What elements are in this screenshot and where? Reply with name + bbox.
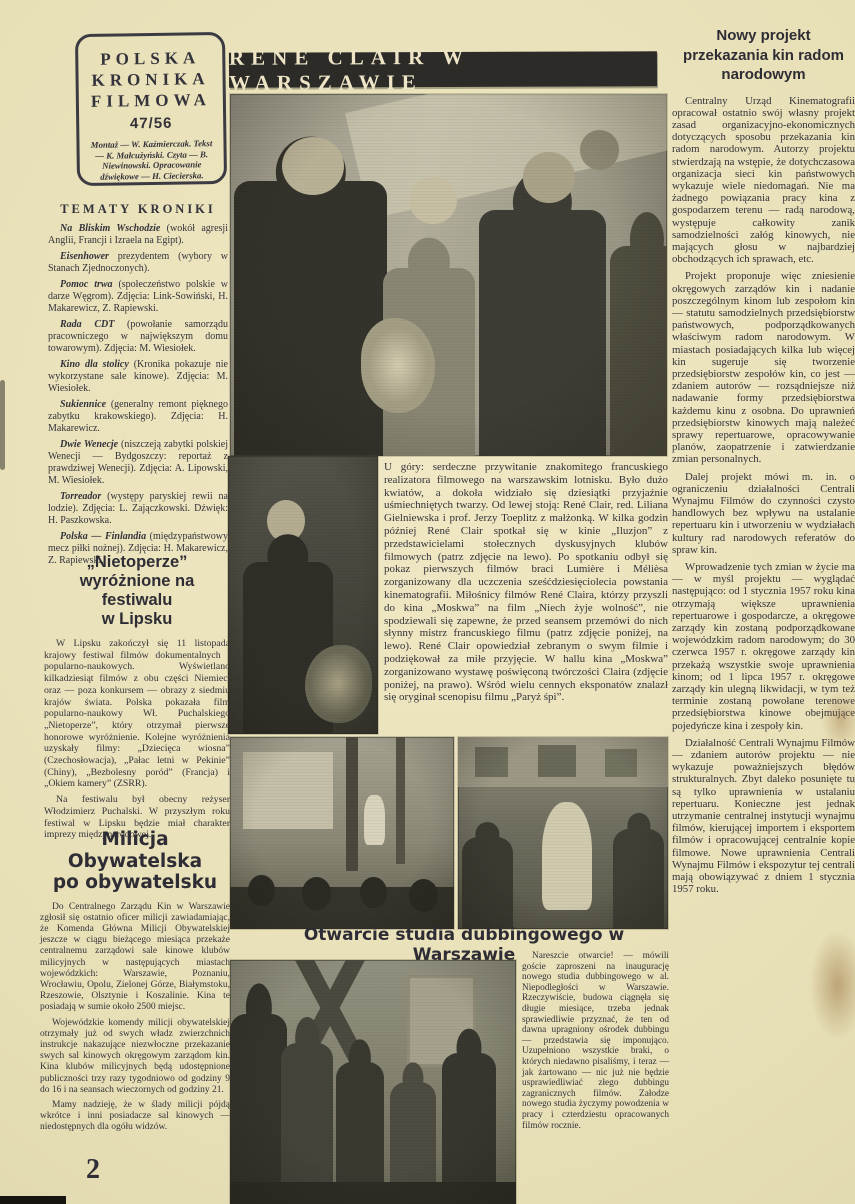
face-highlight <box>282 137 343 195</box>
topic-title: Sukiennice <box>60 399 106 410</box>
face-highlight <box>409 177 457 224</box>
topic-item: Pomoc trwa (społeczeństwo polskie w darz… <box>48 279 228 315</box>
right-article-heading: Nowy projekt przekazania kin radom narod… <box>672 26 855 85</box>
topic-title: Polska — Finlandia <box>60 531 146 542</box>
right-article: Nowy projekt przekazania kin radom narod… <box>672 26 855 901</box>
topic-title: Torreador <box>60 491 101 502</box>
headline-text: RENÉ CLAIR W WARSZAWIE <box>229 44 657 95</box>
photo-clair-exhibition <box>458 737 668 929</box>
festival-heading: „Nietoperze” wyróżnione na festiwalu w L… <box>44 553 230 629</box>
dubbing-article: Nareszcie otwarcie! — mówili goście zapr… <box>522 951 669 1131</box>
photo-moskwa-cinema-speech <box>230 737 454 929</box>
paragraph: Wprowadzenie tych zmian w życie ma — w m… <box>672 561 855 732</box>
paragraph: Projekt proponuje więc zniesienie okręgo… <box>672 270 855 465</box>
photo-airport-greeting <box>230 94 667 456</box>
topic-item: Sukiennice (generalny remont pięknego za… <box>48 399 228 435</box>
flowers-bouquet <box>305 645 373 723</box>
figure-rene-clair <box>234 181 387 456</box>
figure-on-stage <box>364 795 384 845</box>
militia-article: Milicja Obywatelska po obywatelsku Do Ce… <box>40 829 230 1138</box>
issue-number: 47/56 <box>79 114 223 133</box>
festival-article: „Nietoperze” wyróżnione na festiwalu w L… <box>44 553 230 845</box>
paragraph: W Lipsku zakończył się 11 listopada kraj… <box>44 638 230 790</box>
militia-heading: Milicja Obywatelska po obywatelsku <box>40 829 230 894</box>
corner-shadow <box>735 1134 855 1204</box>
topic-title: Eisenhower <box>60 251 109 262</box>
audience-head <box>360 877 387 908</box>
topic-title: Dwie Wenecje <box>60 439 118 450</box>
topics-heading: TEMATY KRONIKI <box>48 203 228 215</box>
railing-shape <box>230 1182 516 1204</box>
magazine-page: POLSKA KRONIKA FILMOWA 47/56 Montaż — W.… <box>0 0 855 1204</box>
figure-right-edge <box>610 246 667 456</box>
paragraph: Centralny Urząd Kinematografii opracował… <box>672 95 855 266</box>
exhibit-frame <box>538 745 576 778</box>
audience-head <box>302 877 331 910</box>
scan-edge-mark <box>0 380 5 470</box>
topics-section: TEMATY KRONIKI Na Bliskim Wschodzie (wok… <box>48 203 228 571</box>
masthead-title-line: POLSKA <box>78 47 222 70</box>
right-article-body: Centralny Urząd Kinematografii opracował… <box>672 95 855 896</box>
paragraph: Dalej projekt mówi m. in. o ograniczeniu… <box>672 471 855 556</box>
audience-head <box>409 879 438 912</box>
topics-list: Na Bliskim Wschodzie (wokół agresji Angl… <box>48 223 228 567</box>
exhibit-frame <box>475 747 509 778</box>
topic-item: Kino dla stolicy (Kronika pokazuje nie w… <box>48 359 228 395</box>
paragraph: Mamy nadzieję, że w ślady milicji pójdą … <box>40 1100 230 1134</box>
stage-column <box>396 737 405 864</box>
topic-title: Kino dla stolicy <box>60 359 129 370</box>
masthead-title-line: KRONIKA <box>78 68 222 91</box>
background-head <box>580 130 619 170</box>
headline-bar: RENÉ CLAIR W WARSZAWIE <box>229 51 657 87</box>
festival-body: W Lipsku zakończył się 11 listopada kraj… <box>44 638 230 841</box>
photo-dubbing-studio-opening <box>230 960 516 1204</box>
figure-visitor <box>462 837 512 929</box>
militia-body: Do Centralnego Zarządu Kin w Warszawie z… <box>40 902 230 1134</box>
figure-visitor <box>613 829 663 929</box>
dubbing-body: Nareszcie otwarcie! — mówili goście zapr… <box>522 951 669 1131</box>
exhibit-frame <box>605 749 637 778</box>
topic-item: Rada CDT (powołanie samorządu pracownicz… <box>48 319 228 355</box>
page-number: 2 <box>86 1154 100 1186</box>
masthead-stamp: POLSKA KRONIKA FILMOWA 47/56 Montaż — W.… <box>75 32 227 186</box>
paragraph: Do Centralnego Zarządu Kin w Warszawie z… <box>40 902 230 1014</box>
photo-iluzjon-meeting <box>228 456 378 734</box>
flowers-bouquet <box>361 318 435 412</box>
masthead-title-line: FILMOWA <box>79 89 223 112</box>
paragraph: Wojewódzkie komendy milicji obywatelskie… <box>40 1018 230 1096</box>
plane-wing-shape <box>345 94 667 219</box>
figure-seated-woman <box>542 802 592 910</box>
topic-title: Pomoc trwa <box>60 279 113 290</box>
face-highlight <box>523 152 575 203</box>
credits: Montaż — W. Kaźmierczak. Tekst — K. Małc… <box>88 138 215 182</box>
topic-item: Torreador (występy paryskiej rewii na lo… <box>48 491 228 527</box>
scan-edge-mark <box>0 1196 66 1204</box>
main-caption: U góry: serdeczne przywitanie znakomiteg… <box>384 461 668 704</box>
paper-stain <box>810 930 855 1040</box>
figure-guest <box>230 1014 287 1204</box>
paragraph: Nareszcie otwarcie! — mówili goście zapr… <box>522 951 669 1131</box>
stage-screen <box>243 752 333 829</box>
stage-column <box>346 737 357 871</box>
topic-title: Na Bliskim Wschodzie <box>60 223 160 234</box>
paragraph: Działalność Centrali Wynajmu Filmów — zd… <box>672 737 855 896</box>
figure-guest <box>281 1043 332 1204</box>
topic-item: Na Bliskim Wschodzie (wokół agresji Angl… <box>48 223 228 247</box>
topic-item: Eisenhower prezydentem (wybory w Stanach… <box>48 251 228 275</box>
topic-title: Rada CDT <box>60 319 114 330</box>
topic-item: Dwie Wenecje (niszczeją zabytki polskiej… <box>48 439 228 487</box>
audience-head <box>248 875 275 906</box>
figure-toeplitz <box>479 210 606 456</box>
